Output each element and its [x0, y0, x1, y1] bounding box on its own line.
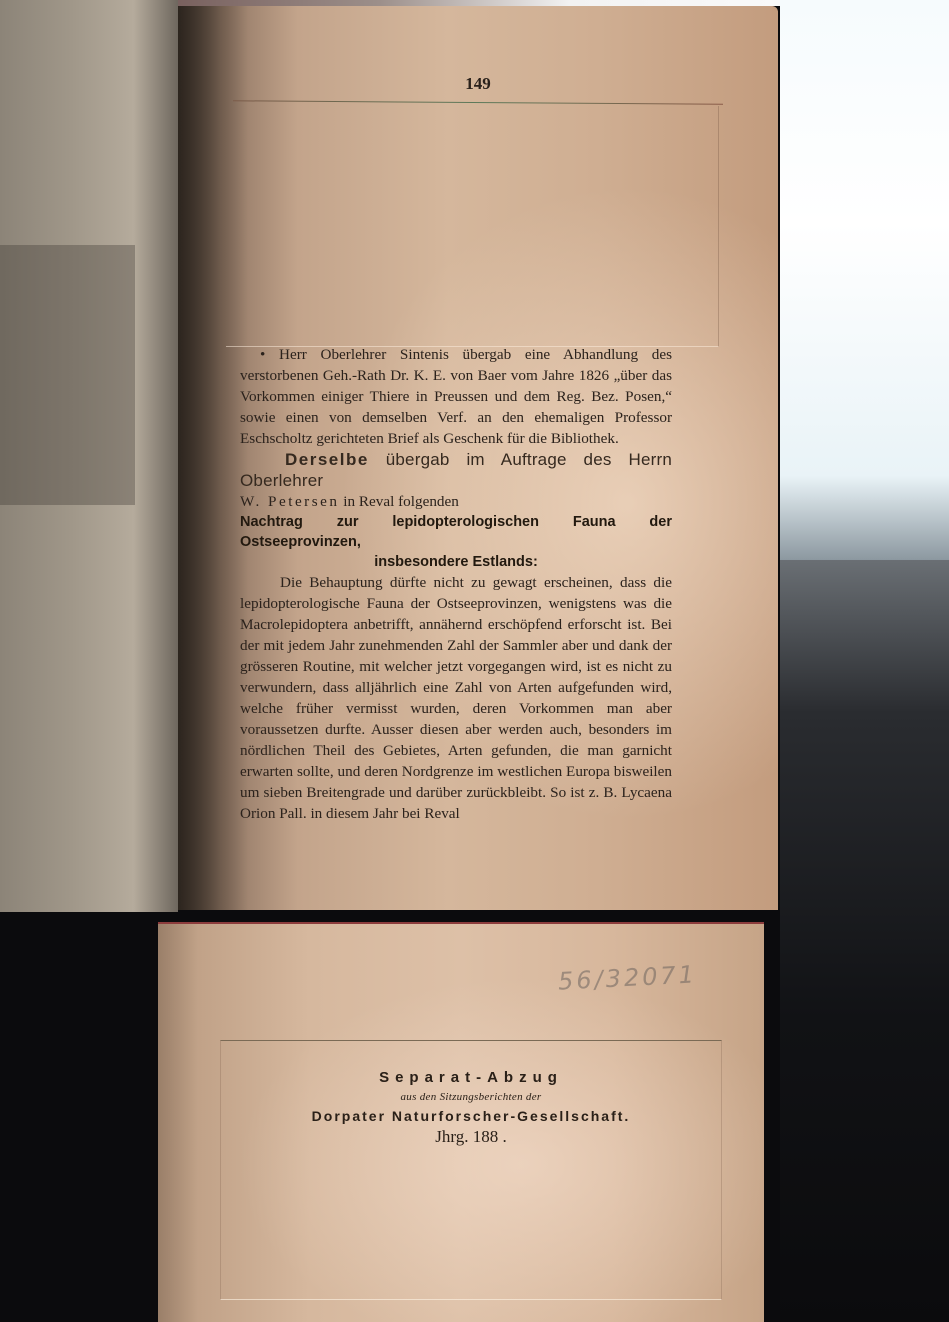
- transfer-line: Derselbe übergab im Auftrage des Herrn O…: [240, 449, 672, 491]
- facing-page-shadow: [0, 245, 135, 505]
- scanner-bed-light: [780, 0, 949, 560]
- cover-year: Jhrg. 188 .: [221, 1127, 721, 1147]
- handwritten-catalog-number: 56/32071: [557, 960, 697, 995]
- cover-shadow: [158, 924, 198, 1322]
- text-line: Geschenk für die Bibliothek.: [443, 430, 618, 447]
- text-line: • Herr Oberlehrer Sintenis übergab eine …: [260, 346, 638, 363]
- scanner-bed-dark: [780, 560, 949, 1322]
- cover-society: Dorpater Naturforscher-Gesellschaft.: [221, 1108, 721, 1124]
- cover-label-content: Separat-Abzug aus den Sitzungsberichten …: [221, 1069, 721, 1147]
- pasted-over-area: [226, 106, 719, 347]
- cover-subtitle: aus den Sitzungsberichten der: [221, 1091, 721, 1103]
- page-text: • Herr Oberlehrer Sintenis übergab eine …: [240, 344, 672, 824]
- author-name: W. Petersen: [240, 493, 339, 510]
- cover-title: Separat-Abzug: [221, 1069, 721, 1086]
- page-number: 149: [448, 74, 508, 94]
- cover-label: Separat-Abzug aus den Sitzungsberichten …: [220, 1040, 722, 1300]
- transfer-line-2: W. Petersen in Reval folgenden: [240, 491, 672, 512]
- article-title-line-1: Nachtrag zur lepidopterologischen Fauna …: [240, 512, 672, 552]
- document-page: 149 • Herr Oberlehrer Sintenis übergab e…: [178, 6, 778, 910]
- body-paragraph: Die Behauptung dürfte nicht zu gewagt er…: [240, 572, 672, 824]
- article-title-line-2: insbesondere Estlands:: [240, 552, 672, 572]
- transfer-subject: Derselbe: [285, 450, 369, 469]
- header-rule: [233, 100, 723, 104]
- facing-page-left: [0, 0, 178, 912]
- intro-paragraph: • Herr Oberlehrer Sintenis übergab eine …: [240, 344, 672, 449]
- offprint-cover: 56/32071 Separat-Abzug aus den Sitzungsb…: [158, 922, 764, 1322]
- transfer-text-2: in Reval folgenden: [339, 493, 458, 510]
